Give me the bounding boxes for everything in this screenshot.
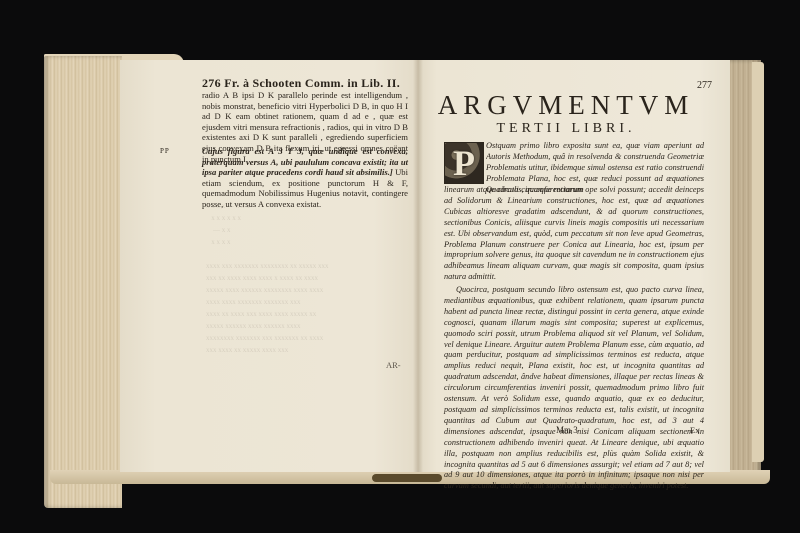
chapter-subtitle: TERTII LIBRI. <box>430 121 702 137</box>
margin-note: PP <box>160 147 170 155</box>
decorated-drop-cap-icon: P <box>444 142 484 184</box>
right-paragraph-1-continued: linearum atque circuli circumferentiarum… <box>444 185 704 283</box>
right-paragraph-2: Quocirca, postquam secundo libro ostensu… <box>444 285 704 492</box>
left-running-head: 276 Fr. à Schooten Comm. in Lib. II. <box>202 76 400 91</box>
left-paragraph-2-italic: Cujus figura est A 3 T 3, quæ undique es… <box>202 146 408 177</box>
center-gutter <box>413 60 423 472</box>
drop-cap-letter: P <box>445 143 483 183</box>
showthrough-text: x x x x — x x x x x x x x x — x x x x x … <box>206 200 406 360</box>
left-catchword: AR- <box>386 360 401 370</box>
left-page-block-fore-edge <box>44 56 122 508</box>
signature-mark: Mm 3 <box>556 425 578 435</box>
chapter-title: ARGVMENTVM <box>430 90 702 121</box>
spine-binding-visible <box>372 474 442 482</box>
right-cover-board-edge <box>752 62 764 462</box>
book-photograph: 276 Fr. à Schooten Comm. in Lib. II. rad… <box>0 0 800 533</box>
right-catchword: Ex <box>690 425 699 435</box>
